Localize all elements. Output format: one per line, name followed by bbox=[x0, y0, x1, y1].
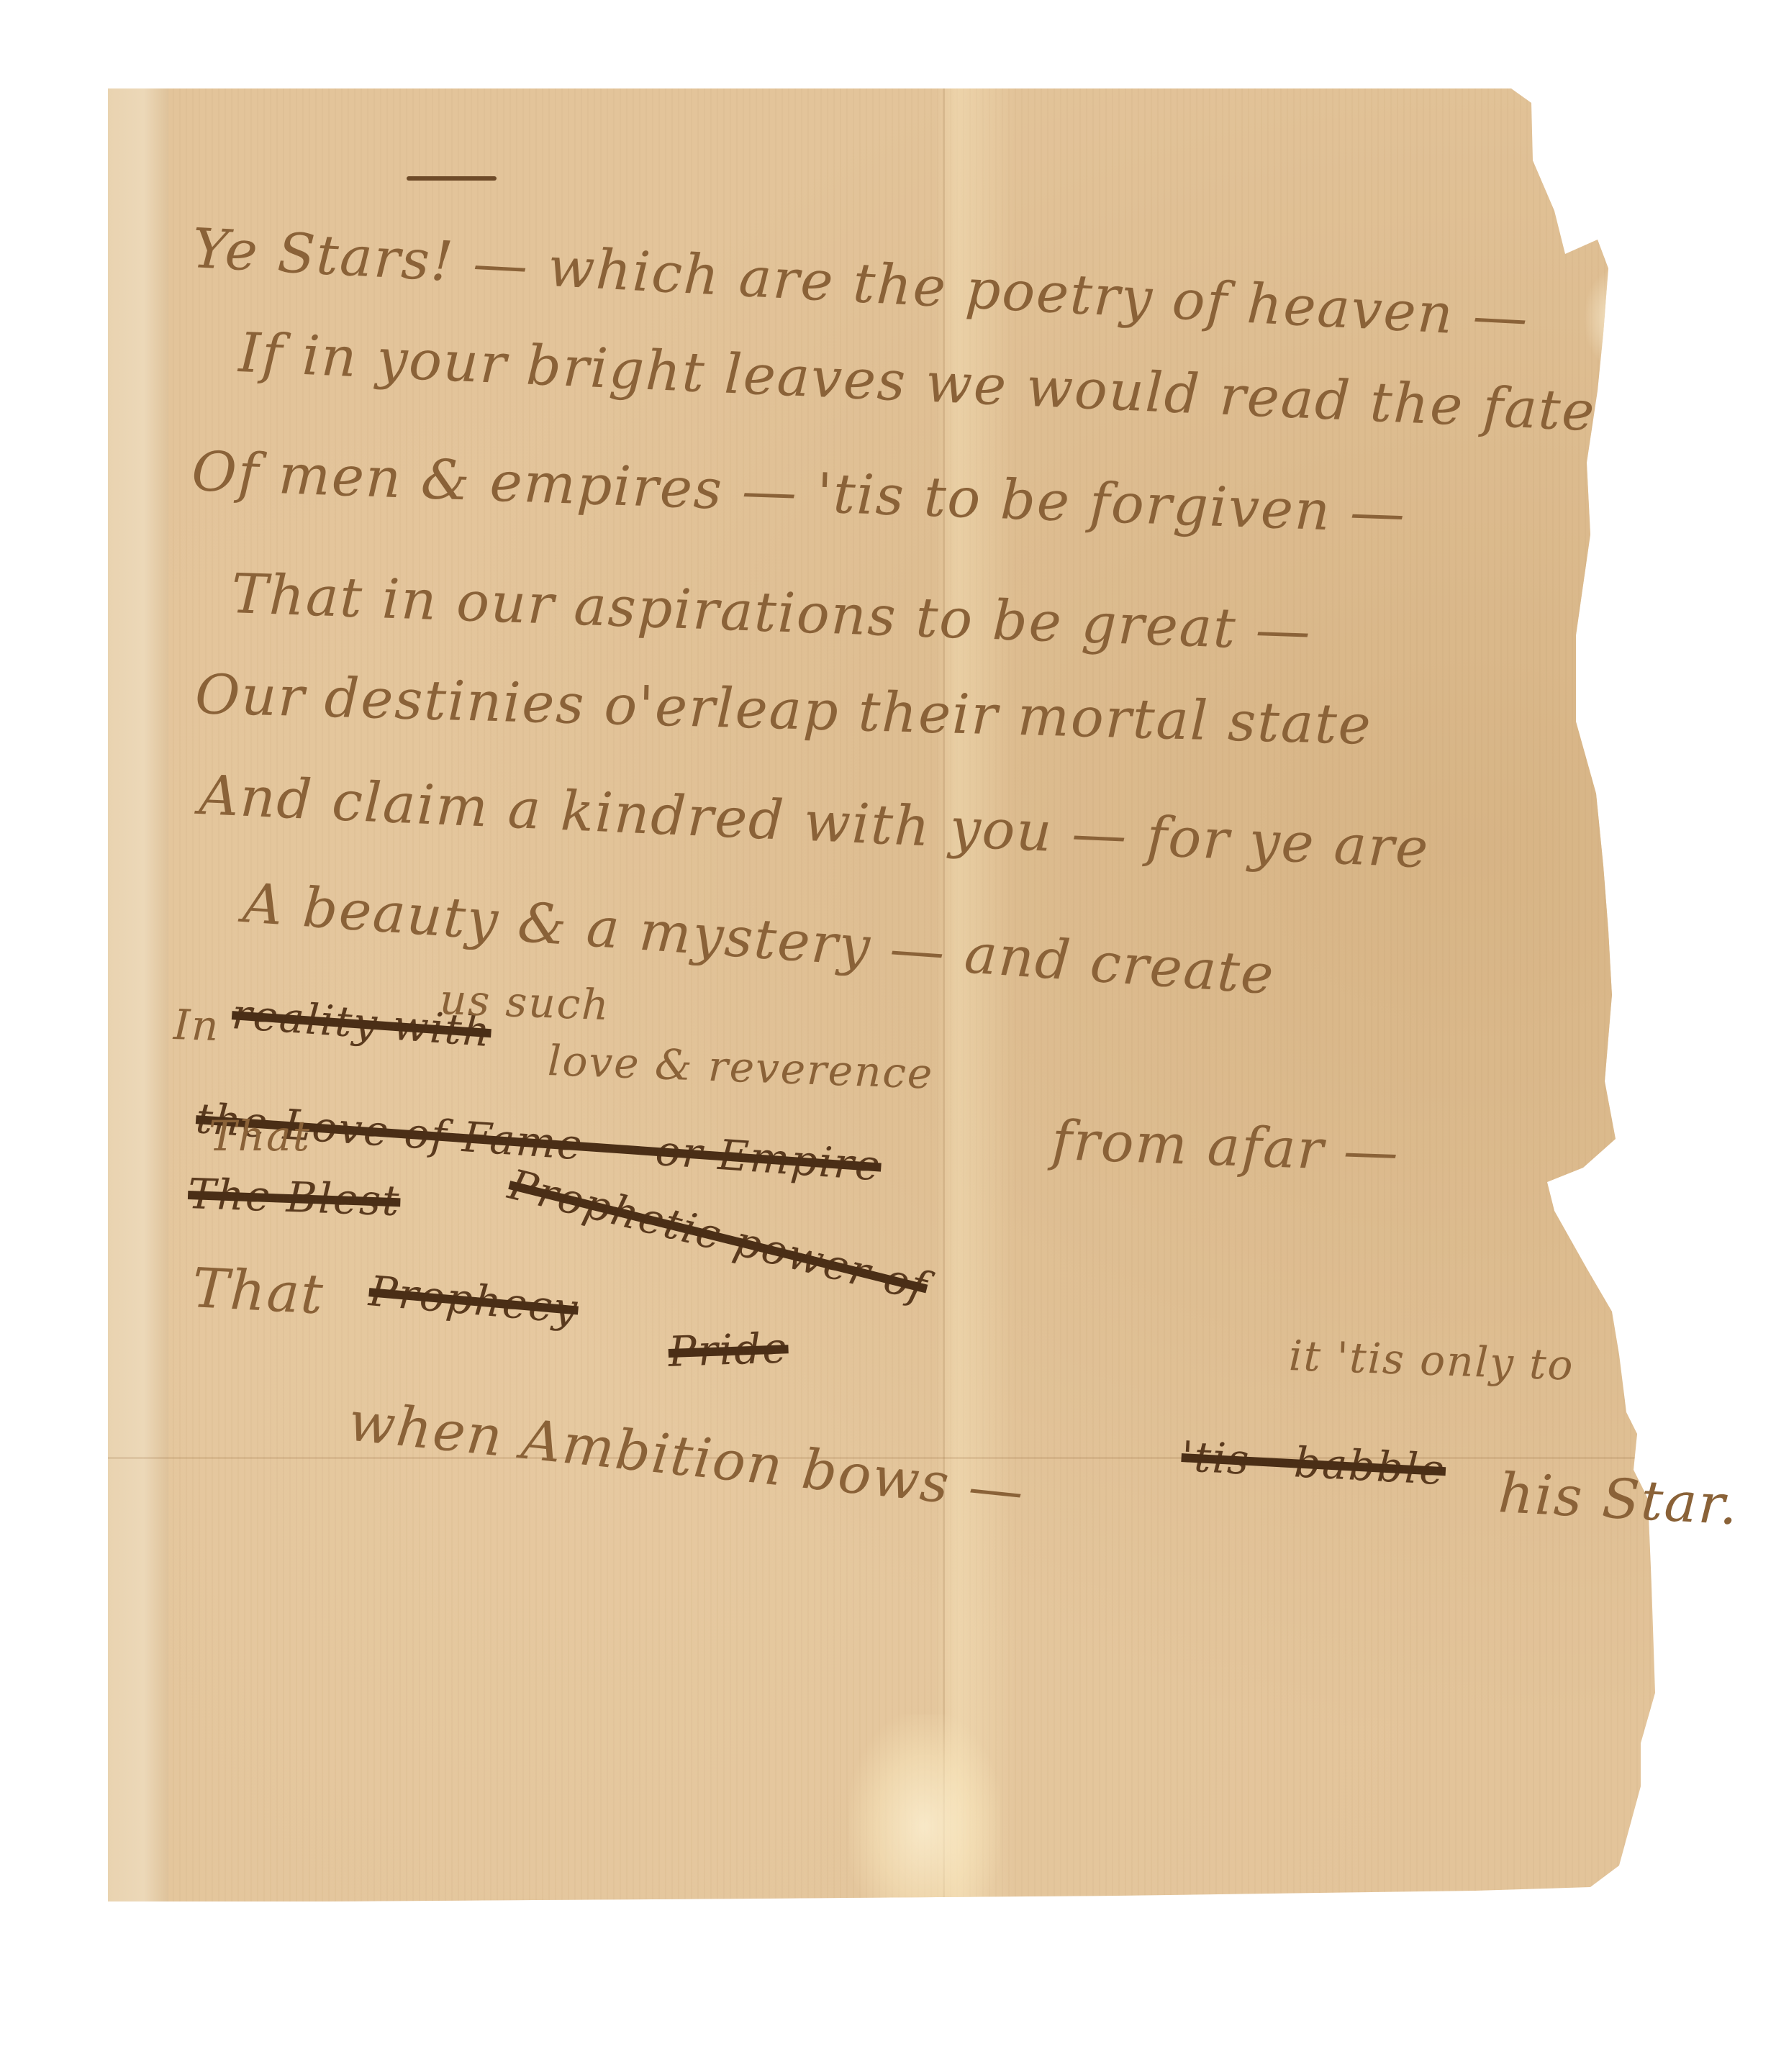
manuscript-line-9-text: from afar — bbox=[1051, 1108, 1400, 1184]
manuscript-line-8-insert: us such bbox=[439, 975, 611, 1030]
manuscript-line-8-prefix: In bbox=[173, 1000, 221, 1050]
header-dash bbox=[407, 176, 497, 181]
edge-stain bbox=[1583, 268, 1648, 369]
manuscript-line-12-prefix: That bbox=[191, 1255, 326, 1326]
water-stain bbox=[849, 1714, 1000, 1901]
manuscript-line-14-ending: his Star. bbox=[1497, 1460, 1741, 1537]
manuscript-line-13-struck: Pride bbox=[668, 1323, 789, 1376]
manuscript-line-10-insert: That bbox=[209, 1112, 311, 1160]
manuscript-line-14-insert: it 'tis only to bbox=[1288, 1331, 1575, 1390]
paper-margin-strip bbox=[108, 88, 168, 1986]
manuscript-line-10-struck: The Blest bbox=[187, 1169, 402, 1225]
